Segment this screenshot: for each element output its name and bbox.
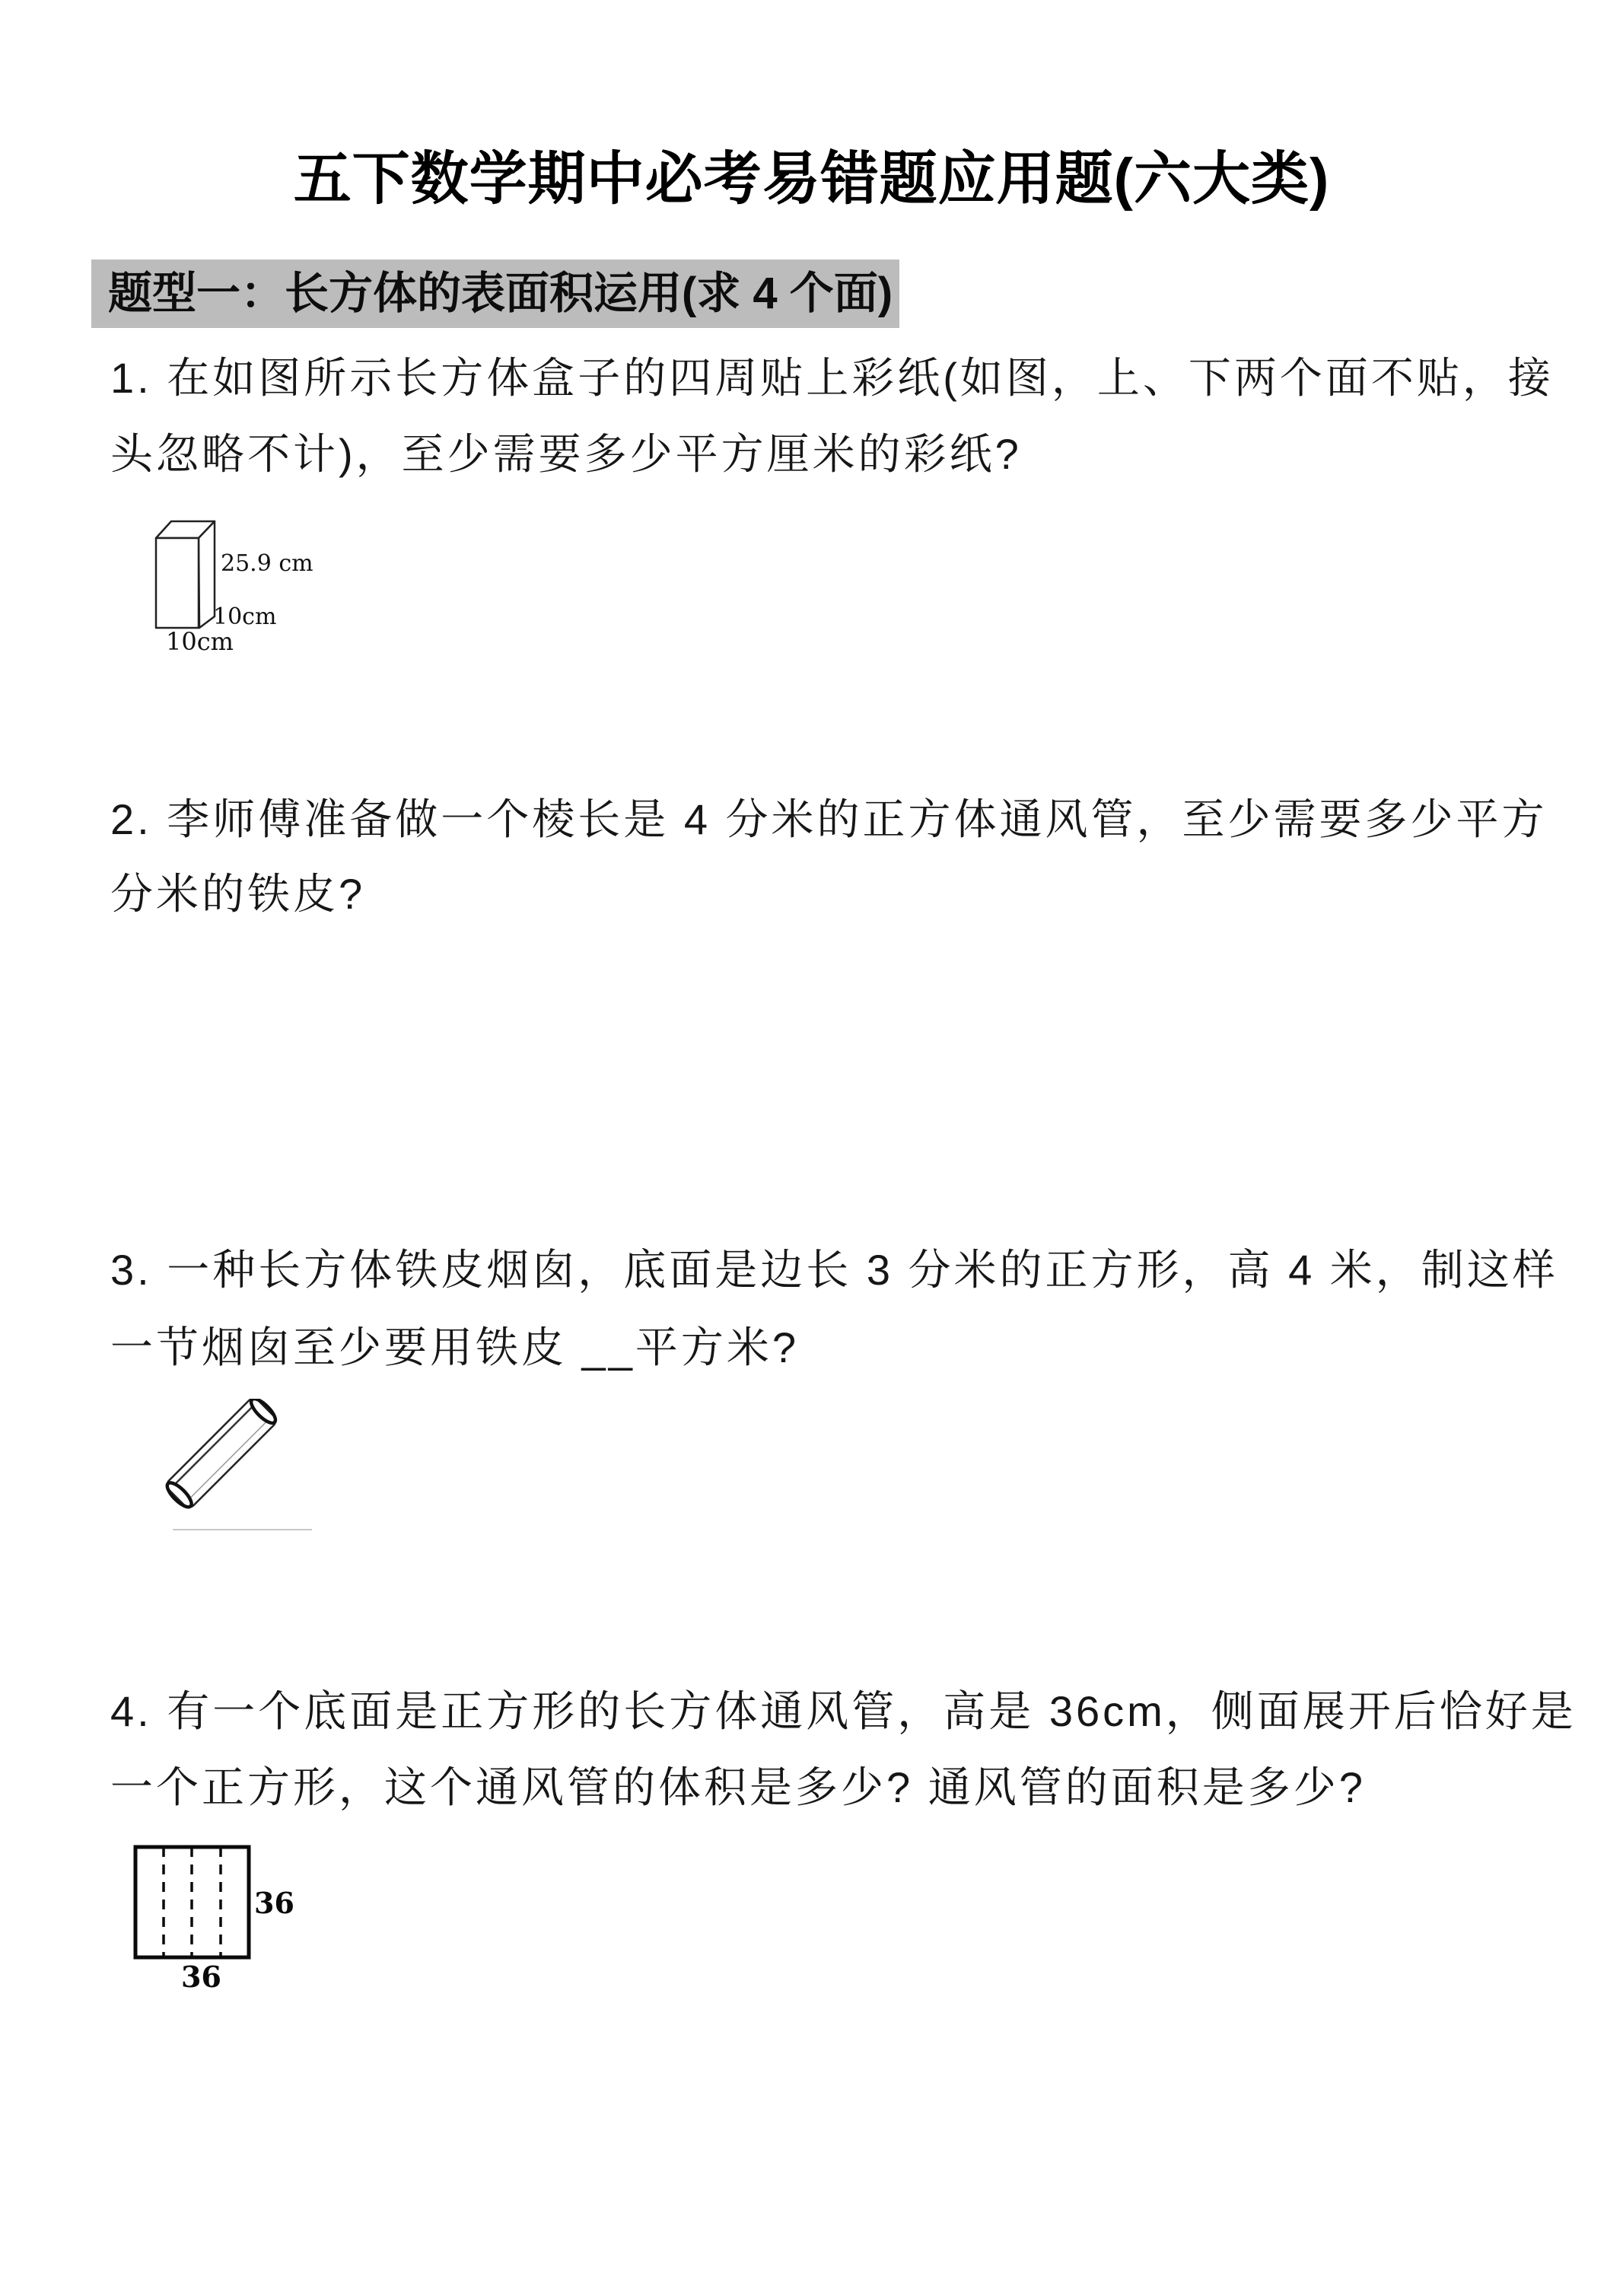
net-height-label: 36 [254, 1886, 294, 1920]
page-title: 五下数学期中必考易错题应用题(六大类) [0, 151, 1623, 209]
cuboid-height-label: 25.9 cm [221, 550, 313, 577]
cuboid-depth-label: 10cm [213, 603, 276, 630]
problem-4-line-1: 4. 有一个底面是正方形的长方体通风管，高是 36cm，侧面展开后恰好是 [110, 1688, 1552, 1735]
problem-1-line-2: 头忽略不计)，至少需要多少平方厘米的彩纸? [110, 431, 1552, 478]
chimney-pipe-diagram [156, 1399, 331, 1540]
square-net-diagram: 36 36 [128, 1836, 310, 2000]
net-width-label: 36 [181, 1960, 221, 1994]
problem-1-line-1: 1. 在如图所示长方体盒子的四周贴上彩纸(如图，上、下两个面不贴，接 [110, 355, 1552, 402]
cuboid-side-face [199, 521, 215, 628]
problem-4-line-2: 一个正方形，这个通风管的体积是多少? 通风管的面积是多少? [110, 1764, 1552, 1811]
cuboid-box-diagram: 25.9 cm 10cm 10cm [148, 507, 376, 667]
problem-2-line-1: 2. 李师傅准备做一个棱长是 4 分米的正方体通风管，至少需要多少平方 [110, 796, 1552, 843]
worksheet-page: 五下数学期中必考易错题应用题(六大类) 题型一：长方体的表面积运用(求 4 个面… [0, 0, 1623, 2296]
problem-2-line-2: 分米的铁皮? [110, 871, 1552, 918]
section-header-label: 题型一：长方体的表面积运用(求 4 个面) [91, 260, 899, 328]
section-header: 题型一：长方体的表面积运用(求 4 个面) [91, 260, 899, 328]
problem-3-line-1: 3. 一种长方体铁皮烟囱，底面是边长 3 分米的正方形，高 4 米，制这样 [110, 1247, 1552, 1294]
problem-3-line-2: 一节烟囱至少要用铁皮 __平方米? [110, 1324, 1552, 1371]
cuboid-width-label: 10cm [166, 627, 234, 656]
cuboid-front-face [156, 538, 199, 628]
